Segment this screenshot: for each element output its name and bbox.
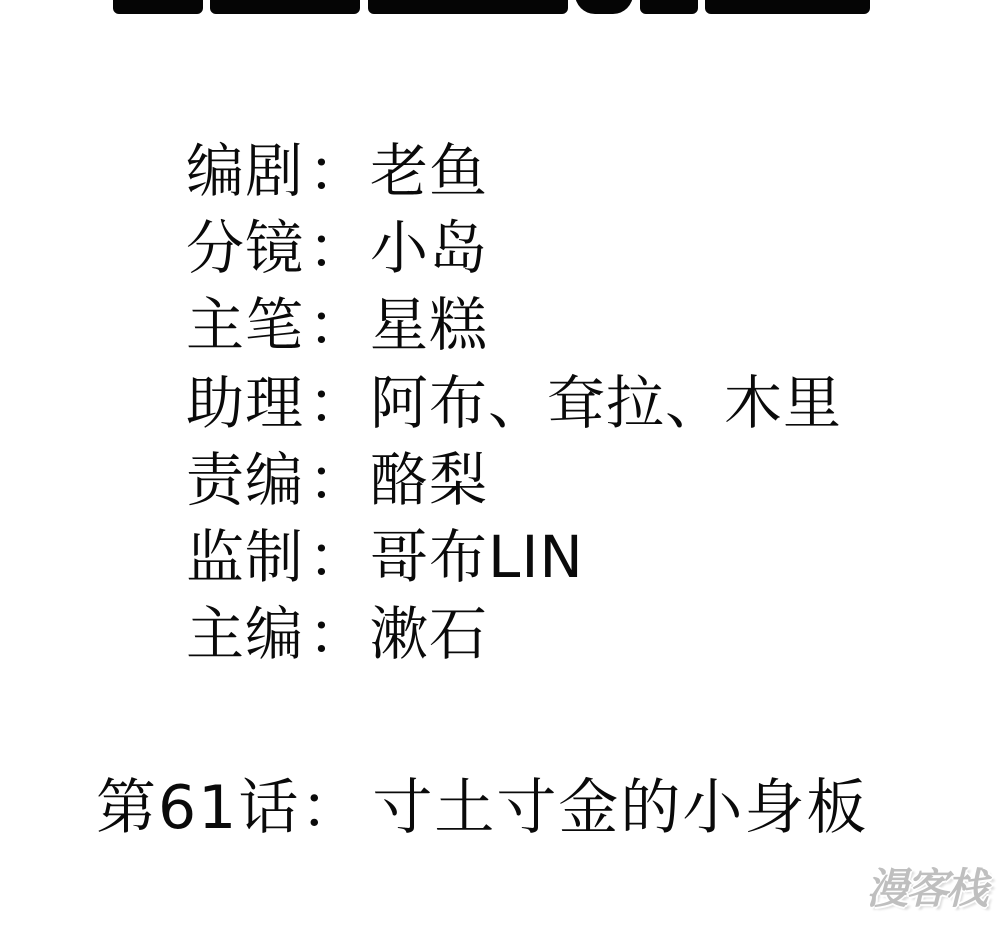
credit-role: 责编: [186, 451, 308, 509]
credit-row-producer: 监制 ： 哥布LIN: [186, 518, 842, 595]
credit-colon: ：: [308, 451, 370, 509]
credit-row-editor: 责编 ： 酪梨: [186, 441, 842, 518]
credit-role: 主笔: [186, 296, 308, 354]
credit-colon: ：: [308, 374, 370, 432]
title-glyph-fragment: [575, 0, 633, 14]
credit-row-writer: 编剧 ： 老鱼: [186, 132, 842, 209]
credit-name: 星糕: [370, 296, 488, 354]
episode-name: 寸土寸金的小身板: [372, 773, 868, 843]
credit-colon: ：: [308, 219, 370, 277]
title-glyph-fragment: [113, 0, 203, 14]
credit-role: 监制: [186, 528, 308, 586]
credit-colon: ：: [308, 605, 370, 663]
credit-row-chief-editor: 主编 ： 漱石: [186, 596, 842, 673]
credit-name: 漱石: [370, 605, 488, 663]
staff-credits-list: 编剧 ： 老鱼 分镜 ： 小岛 主笔 ： 星糕 助理 ： 阿布、耷拉、木里 责编…: [186, 132, 842, 673]
credit-colon: ：: [308, 296, 370, 354]
cropped-title-banner: [0, 0, 1000, 20]
credit-name: 老鱼: [370, 142, 488, 200]
credit-row-lead-artist: 主笔 ： 星糕: [186, 287, 842, 364]
credit-name: 哥布LIN: [370, 528, 584, 586]
credit-name: 酪梨: [370, 451, 488, 509]
credit-role: 分镜: [186, 219, 308, 277]
credit-row-assistants: 助理 ： 阿布、耷拉、木里: [186, 364, 842, 441]
credit-role: 编剧: [186, 142, 308, 200]
credit-name: 阿布、耷拉、木里: [370, 374, 842, 432]
episode-number: 第61话: [96, 773, 300, 843]
credit-colon: ：: [308, 142, 370, 200]
title-glyph-fragment: [640, 0, 698, 14]
credit-role: 助理: [186, 374, 308, 432]
credit-colon: ：: [308, 528, 370, 586]
title-glyph-fragment: [210, 0, 360, 14]
credit-name: 小岛: [370, 219, 488, 277]
title-glyph-fragment: [368, 0, 568, 14]
title-glyph-fragment: [705, 0, 870, 14]
watermark-logo: 漫客栈: [866, 856, 986, 916]
credit-row-storyboard: 分镜 ： 小岛: [186, 209, 842, 286]
episode-title: 第61话：寸土寸金的小身板: [96, 778, 868, 838]
episode-separator: ：: [300, 778, 372, 838]
credit-role: 主编: [186, 605, 308, 663]
